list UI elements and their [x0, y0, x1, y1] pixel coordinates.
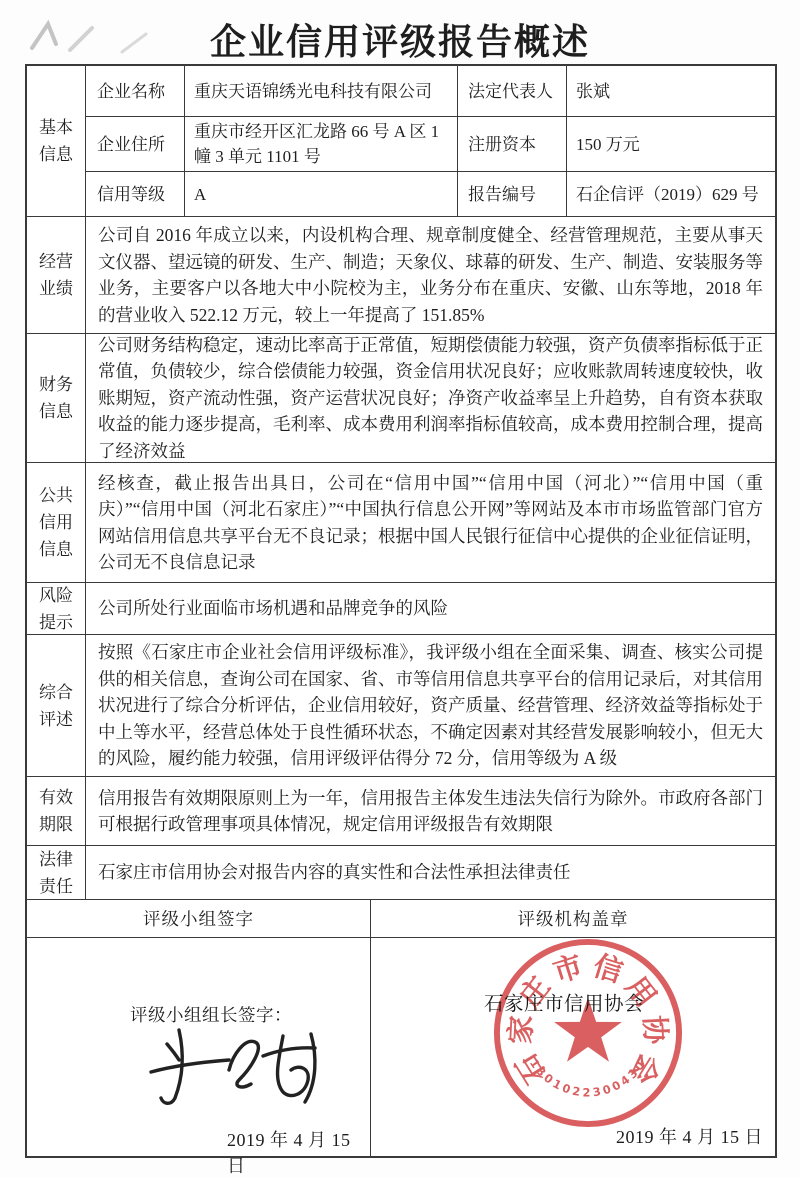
overall-review-cell: 按照《石家庄市企业社会信用评级标准》，我评级小组在全面采集、调查、核实公司提供的… — [86, 635, 775, 776]
report-number-label: 报告编号 — [458, 172, 567, 216]
financial-info-cell: 公司财务结构稳定，速动比率高于正常值，短期偿债能力较强，资产负债率指标低于正常值… — [86, 334, 775, 462]
row-public-credit-info: 公共信用信息 经核查，截止报告出具日，公司在“信用中国”“信用中国（河北）”“信… — [27, 462, 775, 582]
risk-notice-cell: 公司所处行业面临市场机遇和品牌竞争的风险 — [86, 583, 775, 634]
svg-text:市: 市 — [550, 950, 587, 989]
credit-grade-label: 信用等级 — [86, 172, 185, 216]
validity-period-cell: 信用报告有效期限原则上为一年，信用报告主体发生违法失信行为除外。市政府各部门可根… — [86, 777, 775, 845]
row-financial-info: 财务信息 公司财务结构稳定，速动比率高于正常值，短期偿债能力较强，资产负债率指标… — [27, 333, 775, 462]
row-business-performance: 经营业绩 公司自 2016 年成立以来，内设机构合理、规章制度健全、经营管理规范… — [27, 216, 775, 333]
rating-team-signature-cell: 评级小组组长签字： 2019 年 4 月 15 日 — [27, 938, 371, 1156]
legal-rep-value: 张斌 — [567, 66, 775, 116]
rating-agency-seal-header: 评级机构盖章 — [371, 900, 775, 937]
business-performance-rowhead: 经营业绩 — [27, 217, 86, 333]
row-signature-body: 评级小组组长签字： 2019 年 4 月 15 日 石家庄市信用协会 — [27, 937, 775, 1156]
rating-team-signature-header: 评级小组签字 — [27, 900, 371, 937]
company-name-value: 重庆天语锦绣光电科技有限公司 — [185, 66, 458, 116]
table-row: 企业名称 重庆天语锦绣光电科技有限公司 法定代表人 张斌 — [86, 66, 775, 116]
legal-liability-rowhead: 法律责任 — [27, 846, 86, 899]
financial-info-text: 公司财务结构稳定，速动比率高于正常值，短期偿债能力较强，资产负债率指标低于正常值… — [98, 332, 763, 465]
company-name-label: 企业名称 — [86, 66, 185, 116]
team-signature-date: 2019 年 4 月 15 日 — [227, 1126, 370, 1177]
registered-capital-label: 注册资本 — [458, 117, 567, 171]
overall-review-text: 按照《石家庄市企业社会信用评级标准》，我评级小组在全面采集、调查、核实公司提供的… — [98, 639, 763, 772]
validity-period-rowhead: 有效期限 — [27, 777, 86, 845]
report-table: 基本信息 企业名称 重庆天语锦绣光电科技有限公司 法定代表人 张斌 企业住所 重… — [25, 64, 777, 1158]
row-basic-info: 基本信息 企业名称 重庆天语锦绣光电科技有限公司 法定代表人 张斌 企业住所 重… — [27, 66, 775, 216]
risk-notice-text: 公司所处行业面临市场机遇和品牌竞争的风险 — [98, 595, 763, 622]
agency-name-text: 石家庄市信用协会 — [484, 988, 644, 1016]
rating-agency-seal-cell: 石家庄市信用协会 石 家 庄 市 信 用 协 会 — [371, 938, 775, 1156]
table-row: 信用等级 A 报告编号 石企信评（2019）629 号 — [86, 171, 775, 216]
financial-info-rowhead: 财务信息 — [27, 334, 86, 462]
company-address-value: 重庆市经开区汇龙路 66 号 A 区 1 幢 3 单元 1101 号 — [185, 117, 458, 171]
legal-rep-label: 法定代表人 — [458, 66, 567, 116]
company-address-label: 企业住所 — [86, 117, 185, 171]
row-legal-liability: 法律责任 石家庄市信用协会对报告内容的真实性和合法性承担法律责任 — [27, 845, 775, 899]
report-number-value: 石企信评（2019）629 号 — [567, 172, 775, 216]
basic-info-rowhead: 基本信息 — [27, 66, 86, 216]
row-overall-review: 综合评述 按照《石家庄市企业社会信用评级标准》，我评级小组在全面采集、调查、核实… — [27, 634, 775, 776]
legal-liability-cell: 石家庄市信用协会对报告内容的真实性和合法性承担法律责任 — [86, 846, 775, 899]
report-page: 企业信用评级报告概述 基本信息 企业名称 重庆天语锦绣光电科技有限公司 法定代表… — [0, 0, 800, 1177]
basic-info-grid: 企业名称 重庆天语锦绣光电科技有限公司 法定代表人 张斌 企业住所 重庆市经开区… — [86, 66, 775, 216]
registered-capital-value: 150 万元 — [567, 117, 775, 171]
risk-notice-rowhead: 风险提示 — [27, 583, 86, 634]
agency-red-seal: 石 家 庄 市 信 用 协 会 1301022300430 — [489, 934, 687, 1132]
credit-grade-value: A — [185, 172, 458, 216]
public-credit-info-cell: 经核查，截止报告出具日，公司在“信用中国”“信用中国（河北）”“信用中国（重庆）… — [86, 463, 775, 582]
row-signature-headers: 评级小组签字 评级机构盖章 — [27, 899, 775, 937]
business-performance-cell: 公司自 2016 年成立以来，内设机构合理、规章制度健全、经营管理规范，主要从事… — [86, 217, 775, 333]
svg-text:家: 家 — [505, 1014, 538, 1045]
table-row: 企业住所 重庆市经开区汇龙路 66 号 A 区 1 幢 3 单元 1101 号 … — [86, 116, 775, 171]
row-risk-notice: 风险提示 公司所处行业面临市场机遇和品牌竞争的风险 — [27, 582, 775, 634]
page-title: 企业信用评级报告概述 — [0, 14, 800, 65]
row-validity-period: 有效期限 信用报告有效期限原则上为一年，信用报告主体发生违法失信行为除外。市政府… — [27, 776, 775, 845]
legal-liability-text: 石家庄市信用协会对报告内容的真实性和合法性承担法律责任 — [98, 859, 763, 886]
public-credit-info-rowhead: 公共信用信息 — [27, 463, 86, 582]
validity-period-text: 信用报告有效期限原则上为一年，信用报告主体发生违法失信行为除外。市政府各部门可根… — [98, 785, 763, 838]
svg-text:协: 协 — [638, 1015, 671, 1047]
business-performance-text: 公司自 2016 年成立以来，内设机构合理、规章制度健全、经营管理规范，主要从事… — [98, 222, 763, 328]
handwritten-signature — [145, 1020, 325, 1110]
overall-review-rowhead: 综合评述 — [27, 635, 86, 776]
svg-text:信: 信 — [589, 949, 627, 989]
public-credit-info-text: 经核查，截止报告出具日，公司在“信用中国”“信用中国（河北）”“信用中国（重庆）… — [98, 470, 763, 576]
